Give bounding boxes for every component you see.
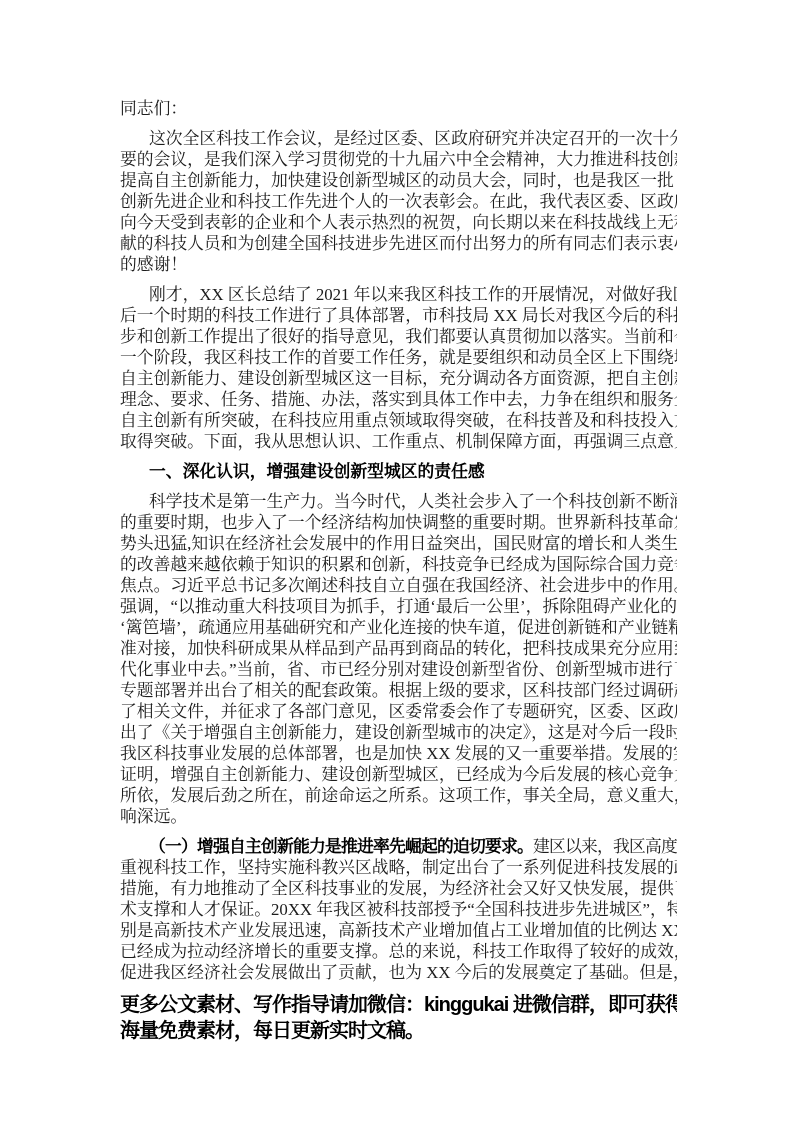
para-science-first-productivity: 科学技术是第一生产力。当今时代，人类社会步入了一个科技创新不断涌现的重要时期，也…: [120, 491, 677, 827]
text-line: 的感谢！: [120, 254, 677, 275]
text-line: 一个阶段，我区科技工作的首要工作任务，就是要组织和动员全区上下围绕增强: [120, 347, 677, 368]
text-line: 的改善越来越依赖于知识的积累和创新，科技竞争已经成为国际综合国力竞争的: [120, 554, 677, 575]
text-line: 促进我区经济社会发展做出了贡献，也为 XX 今后的发展奠定了基础。但是，我: [120, 962, 677, 983]
para-deployment: 刚才，XX 区长总结了 2021 年以来我区科技工作的开展情况，对做好我区今后一…: [120, 284, 677, 452]
text-line: 专题部署并出台了相关的配套政策。根据上级的要求，区科技部门经过调研起早: [120, 680, 677, 701]
text-line: 响深远。: [120, 806, 677, 827]
text-line: 我区科技事业发展的总体部署，也是加快 XX 发展的又一重要举措。发展的实践: [120, 743, 677, 764]
text-line: 提高自主创新能力，加快建设创新型城区的动员大会，同时，也是我区一批自主: [120, 170, 677, 191]
text-line: 已经成为拉动经济增长的重要支撑。总的来说，科技工作取得了较好的成效，为: [120, 941, 677, 962]
text-line: （一）增强自主创新能力是推进率先崛起的迫切要求。建区以来，我区高度: [120, 836, 677, 857]
text-line: 步和创新工作提出了很好的指导意见，我们都要认真贯彻加以落实。当前和今后: [120, 326, 677, 347]
text-line: 同志们：: [120, 98, 677, 119]
text-line: 焦点。习近平总书记多次阐述科技自立自强在我国经济、社会进步中的作用。他: [120, 575, 677, 596]
promo-footer-line: 海量免费素材，每日更新实时文稿。: [120, 1018, 677, 1044]
text-line: ‘篱笆墙’，疏通应用基础研究和产业化连接的快车道，促进创新链和产业链精: [120, 617, 677, 638]
heading-section-1: 一、深化认识，增强建设创新型城区的责任感: [120, 461, 677, 482]
text-line: 准对接，加快科研成果从样品到产品再到商品的转化，把科技成果充分应用到现: [120, 638, 677, 659]
text-line: 要的会议，是我们深入学习贯彻党的十九届六中全会精神，大力推进科技创新，: [120, 149, 677, 170]
text-line: 别是高新技术产业发展迅速，高新技术产业增加值占工业增加值的比例达 XX%，: [120, 920, 677, 941]
text-line: 科学技术是第一生产力。当今时代，人类社会步入了一个科技创新不断涌现: [120, 491, 677, 512]
text-line: 了相关文件，并征求了各部门意见，区委常委会作了专题研究，区委、区政府作: [120, 701, 677, 722]
text-line: 的重要时期，也步入了一个经济结构加快调整的重要时期。世界新科技革命发展: [120, 512, 677, 533]
text-line: 一、深化认识，增强建设创新型城区的责任感: [120, 461, 677, 482]
text-line: 刚才，XX 区长总结了 2021 年以来我区科技工作的开展情况，对做好我区今: [120, 284, 677, 305]
text-line: 代化事业中去。”当前，省、市已经分别对建设创新型省份、创新型城市进行了: [120, 659, 677, 680]
text-line: 后一个时期的科技工作进行了具体部署，市科技局 XX 局长对我区今后的科技进: [120, 305, 677, 326]
salutation: 同志们：: [120, 98, 677, 119]
para-point-one: （一）增强自主创新能力是推进率先崛起的迫切要求。建区以来，我区高度重视科技工作，…: [120, 836, 677, 983]
document-body: 同志们：这次全区科技工作会议，是经过区委、区政府研究并决定召开的一次十分重要的会…: [120, 98, 677, 983]
text-line: 强调，“以推动重大科技项目为抓手，打通‘最后一公里’，拆除阻碍产业化的: [120, 596, 677, 617]
text-line: 自主创新有所突破，在科技应用重点领域取得突破，在科技普及和科技投入方面: [120, 410, 677, 431]
text-line: 证明，增强自主创新能力、建设创新型城区，已经成为今后发展的核心竞争力之: [120, 764, 677, 785]
promo-footer: 更多公文素材、写作指导请加微信：kinggukai 进微信群，即可获得海量免费素…: [120, 992, 677, 1044]
text-line: 理念、要求、任务、措施、办法，落实到具体工作中去，力争在组织和服务企业: [120, 389, 677, 410]
document-page: 同志们：这次全区科技工作会议，是经过区委、区政府研究并决定召开的一次十分重要的会…: [0, 0, 793, 1122]
regular-text: 建区以来，我区高度: [533, 837, 677, 856]
text-line: 势头迅猛,知识在经济社会发展中的作用日益突出，国民财富的增长和人类生活: [120, 533, 677, 554]
text-line: 向今天受到表彰的企业和个人表示热烈的祝贺，向长期以来在科技战线上无私奉: [120, 212, 677, 233]
text-line: 术支撑和人才保证。20XX 年我区被科技部授予“全国科技进步先进城区”，特: [120, 899, 677, 920]
text-line: 创新先进企业和科技工作先进个人的一次表彰会。在此，我代表区委、区政府，: [120, 191, 677, 212]
text-line: 重视科技工作，坚持实施科教兴区战略，制定出台了一系列促进科技发展的政策: [120, 857, 677, 878]
text-line: 献的科技人员和为创建全国科技进步先进区而付出努力的所有同志们表示衷心: [120, 233, 677, 254]
text-line: 这次全区科技工作会议，是经过区委、区政府研究并决定召开的一次十分重: [120, 128, 677, 149]
promo-footer-line: 更多公文素材、写作指导请加微信：kinggukai 进微信群，即可获得: [120, 992, 677, 1018]
text-line: 出了《关于增强自主创新能力，建设创新型城市的决定》，这是对今后一段时期: [120, 722, 677, 743]
bold-lead-text: （一）增强自主创新能力是推进率先崛起的迫切要求。: [149, 837, 533, 856]
text-line: 自主创新能力、建设创新型城区这一目标，充分调动各方面资源，把自主创新的: [120, 368, 677, 389]
text-line: 所依，发展后劲之所在，前途命运之所系。这项工作，事关全局，意义重大，影: [120, 785, 677, 806]
text-line: 取得突破。下面，我从思想认识、工作重点、机制保障方面，再强调三点意见。: [120, 431, 677, 452]
para-opening: 这次全区科技工作会议，是经过区委、区政府研究并决定召开的一次十分重要的会议，是我…: [120, 128, 677, 275]
text-line: 措施，有力地推动了全区科技事业的发展，为经济社会又好又快发展，提供了技: [120, 878, 677, 899]
